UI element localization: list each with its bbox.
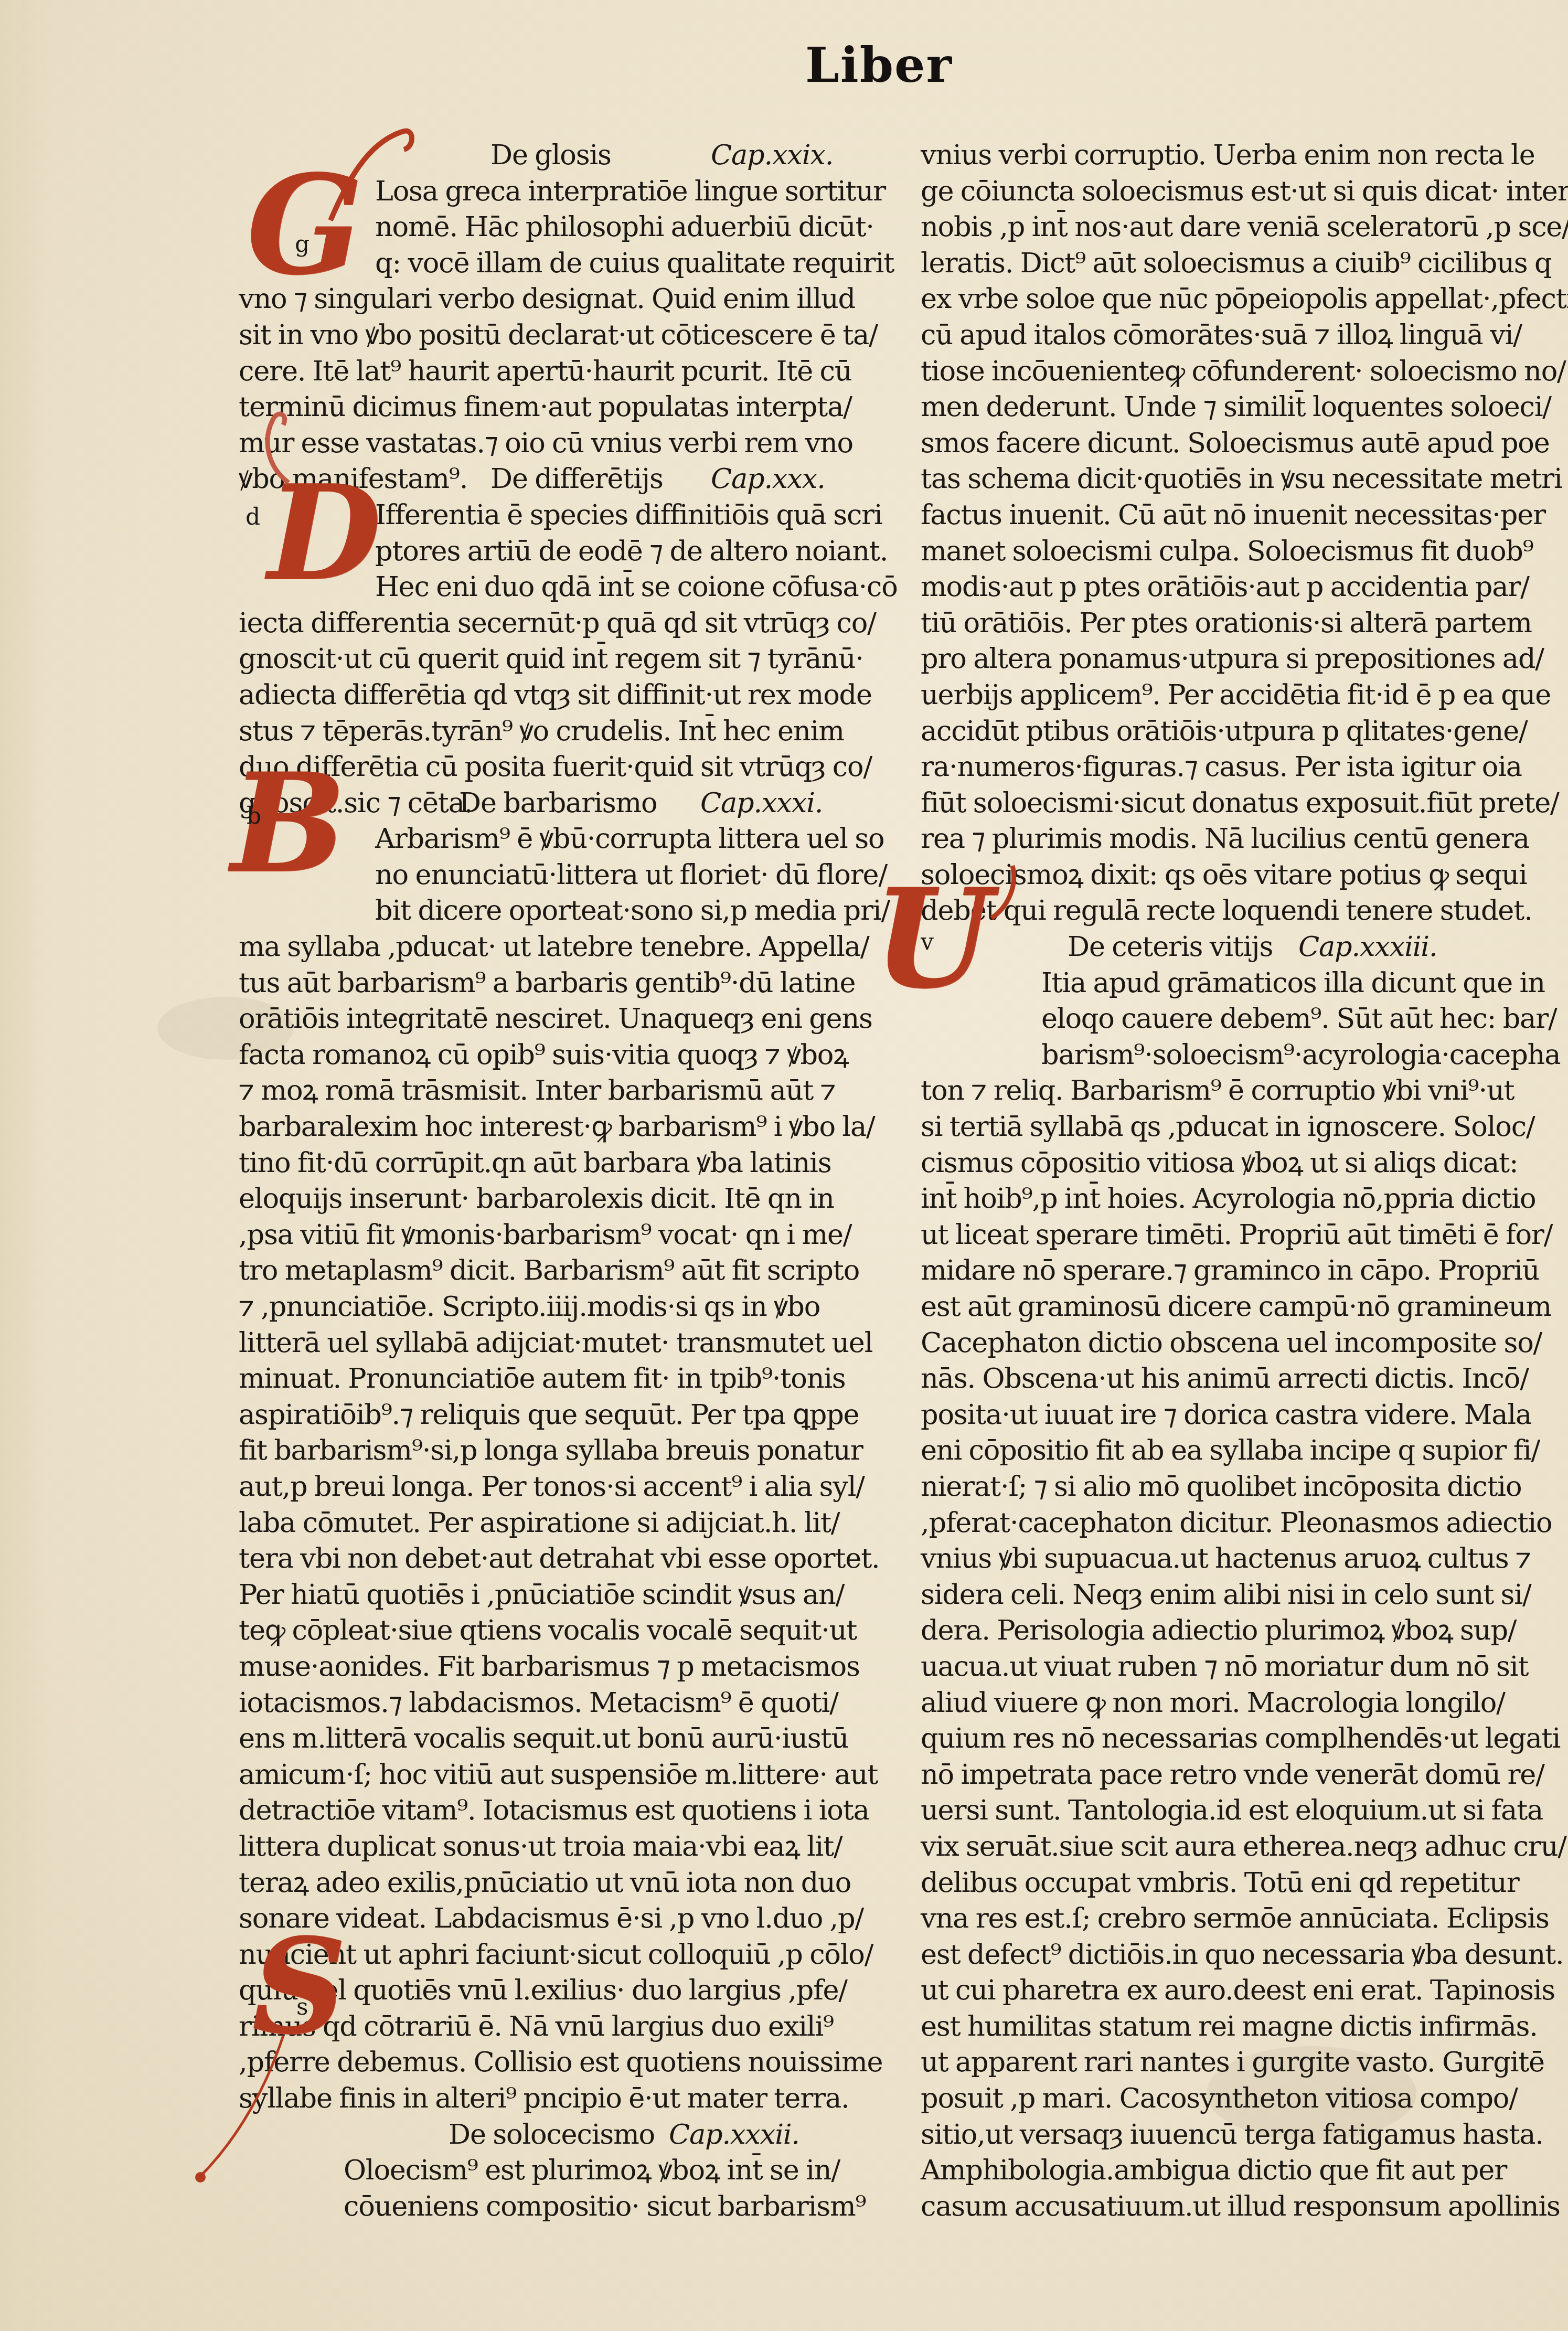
- chapter-number: Cap.xxxi.: [700, 787, 823, 819]
- flourish-u: [986, 860, 1028, 923]
- text-line: eloqo cauere debem⁹. Sūt aūt hec: bar/: [921, 1001, 1477, 1037]
- text-line: vnius ꝟbi supuacua.ut hactenus aruoꝝ cul…: [921, 1541, 1477, 1577]
- text-line: cū apud italos cōmorātes·suā ⁊ illoꝝ lin…: [921, 317, 1477, 354]
- text-line: Cacephaton dictio obscena uel incomposit…: [921, 1325, 1477, 1361]
- text-line: fiūt soloecismi·sicut donatus exposuit.f…: [921, 785, 1477, 822]
- text-line: tino fit·dū corrūpit.qn aūt barbara ꝟba …: [239, 1145, 884, 1182]
- text-line: ton ⁊ reliq. Barbarism⁹ ē corruptio ꝟbi …: [921, 1073, 1477, 1109]
- right-column: vnius verbi corruptio. Uerba enim non re…: [921, 137, 1477, 2224]
- text-line: litterā uel syllabā adijciat·mutet· tran…: [239, 1325, 884, 1361]
- text-line: accidūt ptibus orātiōis·utpura p qlitate…: [921, 714, 1477, 750]
- text-line: ge cōiuncta soloecismus est·ut si quis d…: [921, 174, 1477, 210]
- text-line: facta romanoꝝ cū opib⁹ suis·vitia quoqȝ …: [239, 1037, 884, 1073]
- chapter-number: Cap.xxxii.: [669, 2119, 799, 2151]
- text-line: vnius verbi corruptio. Uerba enim non re…: [921, 137, 1477, 174]
- text-line: ens m.litterā vocalis sequit.ut bonū aur…: [239, 1721, 884, 1757]
- text-line: uerbijs applicem⁹. Per accidētia fit·id …: [921, 677, 1477, 714]
- text-line: men dederunt. Unde ⁊ similit̄ loquentes …: [921, 389, 1477, 425]
- chapter-heading: De solocecismoCap.xxxii.: [239, 2117, 884, 2153]
- text-line: factus inuenit. Cū aūt nō inuenit necess…: [921, 497, 1477, 534]
- text-line: ,psa vitiū fit ꝟmonis·barbarism⁹ vocat· …: [239, 1217, 884, 1253]
- text-line: cismus cōpositio vitiosa ꝟboꝝ ut si aliq…: [921, 1145, 1477, 1182]
- text-line: ma syllaba ,pducat· ut latebre tenebre. …: [239, 929, 884, 965]
- text-line: laba cōmutet. Per aspiratione si adijcia…: [239, 1505, 884, 1541]
- text-line: adiecta differētia qd vtqȝ sit diffinit·…: [239, 677, 884, 714]
- text-line: aut,p breui longa. Per tonos·si accent⁹ …: [239, 1469, 884, 1505]
- text-line: quium res nō necessarias complhendēs·ut …: [921, 1721, 1477, 1757]
- text-line: barbaralexim hoc interest·ꝙ barbarism⁹ i…: [239, 1109, 884, 1145]
- flourish-g: [325, 121, 420, 226]
- chapter-title: De solocecismo: [449, 2117, 669, 2153]
- text-line: aspiratiōib⁹.⁊ reliquis que sequūt. Per …: [239, 1397, 884, 1433]
- text-line: gnoscit·ut cū querit quid int̄ regem sit…: [239, 641, 884, 677]
- text-line: nobis ,p int̄ nos·aut dare veniā scelera…: [921, 209, 1477, 246]
- text-line: nās. Obscena·ut his animū arrecti dictis…: [921, 1361, 1477, 1397]
- text-line: dera. Perisologia adiectio plurimoꝝ ꝟboꝝ…: [921, 1613, 1477, 1649]
- text-line: ex vrbe soloe que nūc pōpeiopolis appell…: [921, 281, 1477, 317]
- text-line: syllabe finis in alteri⁹ pncipio ē·ut ma…: [239, 2081, 884, 2117]
- guide-letter: d: [246, 504, 260, 530]
- guide-letter: s: [296, 1994, 308, 2020]
- text-line: ut cui pharetra ex auro.deest eni erat. …: [921, 1973, 1477, 2009]
- chapter-number: Cap.xxxiii.: [1298, 931, 1437, 963]
- chapter-title: De differētijs: [490, 461, 711, 497]
- text-line: uacua.ut viuat ruben ⁊ nō moriatur dum n…: [921, 1649, 1477, 1685]
- text-line: ra·numeros·figuras.⁊ casus. Per ista igi…: [921, 749, 1477, 785]
- text-line: Oloecism⁹ est plurimoꝝ ꝟboꝝ int̄ se in/: [239, 2153, 884, 2189]
- text-line: est defect⁹ dictiōis.in quo necessaria ꝟ…: [921, 1937, 1477, 1973]
- text-line: terminū dicimus finem·aut populatas inte…: [239, 389, 884, 425]
- text-line: ut liceat sperare timēti. Propriū aūt ti…: [921, 1217, 1477, 1253]
- text-line: posita·ut iuuat ire ⁊ dorica castra vide…: [921, 1397, 1477, 1433]
- text-line: aliud viuere ꝙ non mori. Macrologia long…: [921, 1685, 1477, 1721]
- text-line: ⁊ moꝝ romā trāsmisit. Inter barbarismū a…: [239, 1073, 884, 1109]
- chapter-title: De barbarismo: [459, 785, 700, 822]
- text-line: casum accusatiuum.ut illud responsum apo…: [921, 2189, 1477, 2225]
- text-line: uersi sunt. Tantologia.id est eloquium.u…: [921, 1793, 1477, 1829]
- text-line: fit barbarism⁹·si,p longa syllaba breuis…: [239, 1433, 884, 1469]
- text-line: orātiōis integritatē nesciret. Unaqueqȝ …: [239, 1001, 884, 1037]
- guide-letter: g: [295, 231, 310, 258]
- text-line: pro altera ponamus·utpura si preposition…: [921, 641, 1477, 677]
- text-line: minuat. Pronunciatiōe autem fit· in tpib…: [239, 1361, 884, 1397]
- text-line: tiū orātiōis. Per ptes orationis·si alte…: [921, 605, 1477, 642]
- text-line: Per hiatū quotiēs i ,pnūciatiōe scindit …: [239, 1577, 884, 1613]
- text-line: tus aūt barbarism⁹ a barbaris gentib⁹·dū…: [239, 965, 884, 1002]
- text-line: modis·aut p ptes orātiōis·aut p accident…: [921, 569, 1477, 605]
- text-line: tro metaplasm⁹ dicit. Barbarism⁹ aūt fit…: [239, 1253, 884, 1289]
- text-line: cere. Itē lat⁹ haurit apertū·haurit pcur…: [239, 354, 884, 390]
- text-line: ,pferat·cacephaton dicitur. Pleonasmos a…: [921, 1505, 1477, 1541]
- text-line: Itia apud grāmaticos illa dicunt que in: [921, 965, 1477, 1002]
- text-line: delibus occupat vmbris. Totū eni qd repe…: [921, 1865, 1477, 1901]
- running-head: Liber: [805, 37, 953, 93]
- chapter-number: Cap.xxx.: [711, 463, 825, 495]
- text-line: barism⁹·soloecism⁹·acyrologia·cacepha: [921, 1037, 1477, 1073]
- text-line: manet soloecismi culpa. Soloecismus fit …: [921, 534, 1477, 570]
- text-line: est aūt graminosū dicere campū·nō gramin…: [921, 1289, 1477, 1325]
- text-line: ut apparent rari nantes i gurgite vasto.…: [921, 2045, 1477, 2081]
- text-line: tiose incōuenienteꝙ cōfunderent· soloeci…: [921, 354, 1477, 390]
- text-line: tera vbi non debet·aut detrahat vbi esse…: [239, 1541, 884, 1577]
- text-line: cōueniens compositio· sicut barbarism⁹: [239, 2189, 884, 2225]
- guide-letter: v: [921, 929, 934, 955]
- text-line: vix seruāt.siue scit aura etherea.neqȝ a…: [921, 1829, 1477, 1865]
- text-line: leratis. Dict⁹ aūt soloecismus a ciuib⁹ …: [921, 246, 1477, 282]
- text-line: littera duplicat sonus·ut troia maia·vbi…: [239, 1829, 884, 1865]
- chapter-title: De glosis: [490, 137, 711, 174]
- text-line: sidera celi. Neqȝ enim alibi nisi in cel…: [921, 1577, 1477, 1613]
- text-line: eloquijs inserunt· barbarolexis dicit. I…: [239, 1181, 884, 1217]
- chapter-title: De ceteris vitijs: [1068, 929, 1298, 965]
- flourish-s: [189, 2030, 294, 2188]
- text-line: muse·aonides. Fit barbarismus ⁊ p metaci…: [239, 1649, 884, 1685]
- text-line: iotacismos.⁊ labdacismos. Metacism⁹ ē qu…: [239, 1685, 884, 1721]
- text-line: nierat·ſ; ⁊ si alio mō quolibet incōposi…: [921, 1469, 1477, 1505]
- text-line: midare nō sperare.⁊ graminco in cāpo. Pr…: [921, 1253, 1477, 1289]
- text-line: teꝙ cōpleat·siue qtiens vocalis vocalē s…: [239, 1613, 884, 1649]
- text-line: teraꝝ adeo exilis,pnūciatio ut vnū iota …: [239, 1865, 884, 1901]
- text-line: iecta differentia secernūt·p quā qd sit …: [239, 605, 884, 642]
- chapter-heading: De ceteris vitijsCap.xxxiii.: [921, 929, 1477, 965]
- text-line: sit in vno ꝟbo positū declarat·ut cōtice…: [239, 317, 884, 354]
- text-line: Amphibologia.ambigua dictio que fit aut …: [921, 2153, 1477, 2189]
- text-line: ⁊ ,pnunciatiōe. Scripto.iiij.modis·si qs…: [239, 1289, 884, 1325]
- text-line: smos facere dicunt. Soloecismus autē apu…: [921, 425, 1477, 462]
- text-line: si tertiā syllabā qs ,pducat in ignoscer…: [921, 1109, 1477, 1145]
- text-line: detractiōe vitam⁹. Iotacismus est quotie…: [239, 1793, 884, 1829]
- text-line: rea ⁊ plurimis modis. Nā lucilius centū …: [921, 821, 1477, 857]
- text-line: eni cōpositio fit ab ea syllaba incipe q…: [921, 1433, 1477, 1469]
- book-page: Liber De glosisCap.xxix. Losa greca inte…: [0, 0, 1568, 2331]
- guide-letter: b: [247, 803, 261, 829]
- text-line: sitio,ut versaqȝ iuuencū terga fatigamus…: [921, 2117, 1477, 2153]
- flourish-d: [257, 409, 320, 488]
- text-line: int̄ hoib⁹,p int̄ hoies. Acyrologia nō,p…: [921, 1181, 1477, 1217]
- text-line: tas schema dicit·quotiēs in ꝟsu necessit…: [921, 461, 1477, 497]
- chapter-number: Cap.xxix.: [711, 139, 833, 171]
- text-line: amicum·ſ; hoc vitiū aut suspensiōe m.lit…: [239, 1757, 884, 1793]
- text-line: posuit ,p mari. Cacosyntheton vitiosa co…: [921, 2081, 1477, 2117]
- text-line: nō impetrata pace retro vnde venerāt dom…: [921, 1757, 1477, 1793]
- text-line: est humilitas statum rei magne dictis in…: [921, 2009, 1477, 2045]
- text-line: vna res est.ſ; crebro sermōe annūciata. …: [921, 1901, 1477, 1937]
